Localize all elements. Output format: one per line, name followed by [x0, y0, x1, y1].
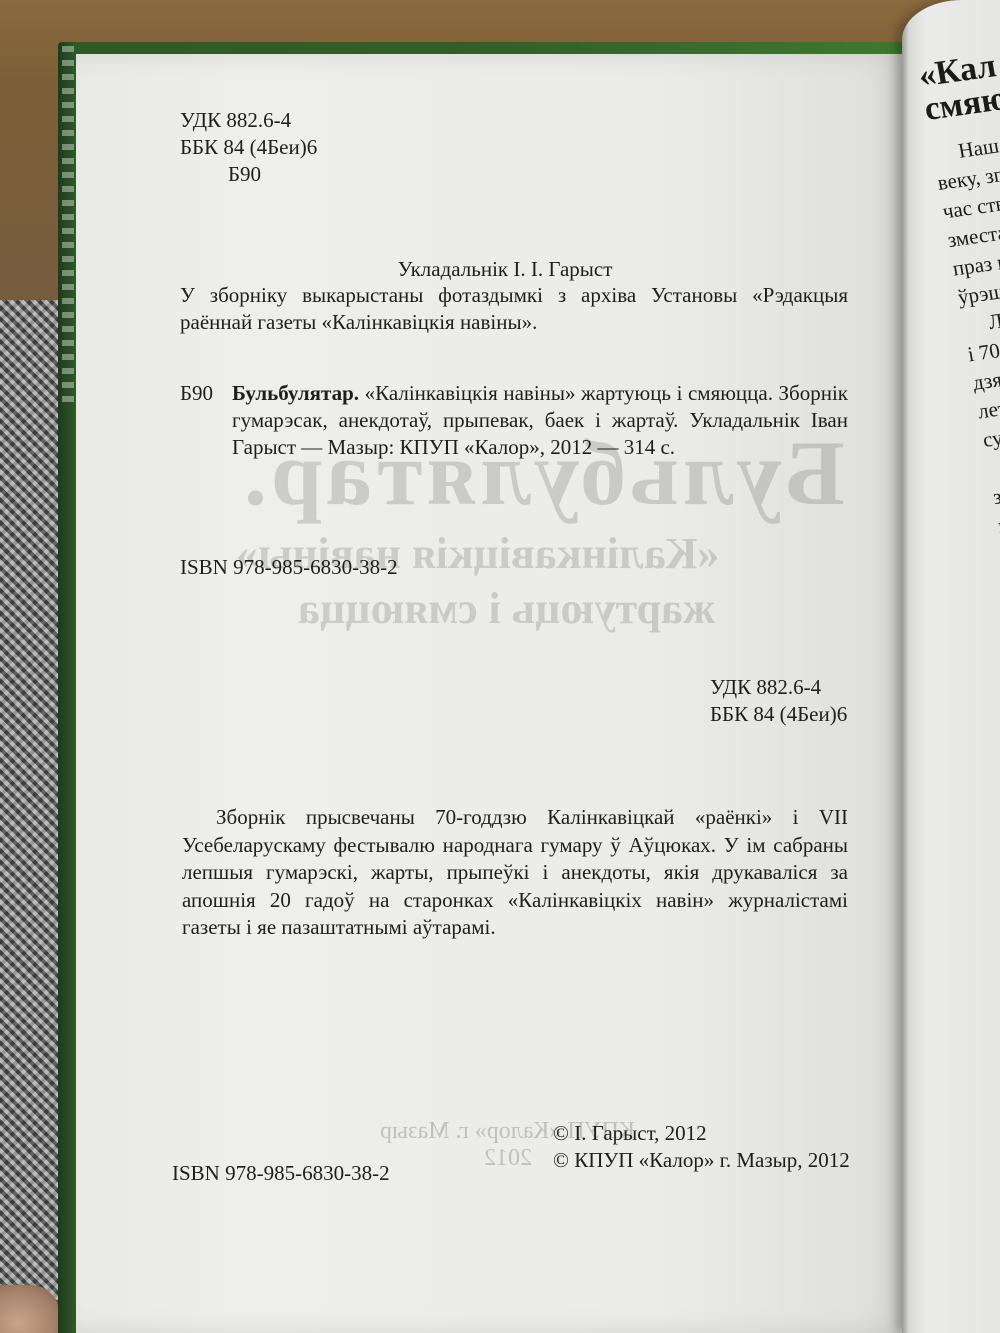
bbk-code-mid: ББК 84 (4Беи)6	[710, 701, 847, 728]
right-page-text: «Кал смяю Наша жвеку, згоднчас стварызме…	[916, 18, 1000, 1141]
bib-title: Бульбулятар.	[232, 381, 359, 405]
bib-body: Бульбулятар. «Калінкавіцкія навіны» жарт…	[232, 380, 848, 461]
copyright-block: © І. Гарыст, 2012 © КПУП «Калор» г. Мазы…	[553, 1120, 850, 1174]
bbk-code: ББК 84 (4Беи)6	[180, 134, 317, 161]
right-page-fragment: «Кал смяю Наша жвеку, згоднчас стварызме…	[902, 0, 1000, 1333]
bib-code: Б90	[180, 380, 213, 407]
author-mark: Б90	[180, 161, 317, 188]
classification-mid: УДК 882.6-4 ББК 84 (4Беи)6	[710, 674, 847, 728]
classification-top: УДК 882.6-4 ББК 84 (4Беи)6 Б90	[180, 107, 317, 188]
copyright-publisher: © КПУП «Калор» г. Мазыр, 2012	[553, 1147, 850, 1174]
photo-credit: У зборніку выкарыстаны фотаздымкі з архі…	[180, 282, 848, 336]
compiler-line: Укладальнік І. І. Гарыст	[160, 256, 850, 283]
copyright-compiler: © І. Гарыст, 2012	[553, 1120, 850, 1147]
bibliographic-record: Б90 Бульбулятар. «Калінкавіцкія навіны» …	[180, 380, 848, 461]
annotation: Зборнік прысвечаны 70-годдзю Калінкавіцк…	[182, 804, 848, 942]
udk-code-mid: УДК 882.6-4	[710, 674, 847, 701]
udk-code: УДК 882.6-4	[180, 107, 317, 134]
isbn-bottom: ISBN 978-985-6830-38-2	[172, 1160, 390, 1187]
isbn-record: ISBN 978-985-6830-38-2	[180, 554, 398, 581]
